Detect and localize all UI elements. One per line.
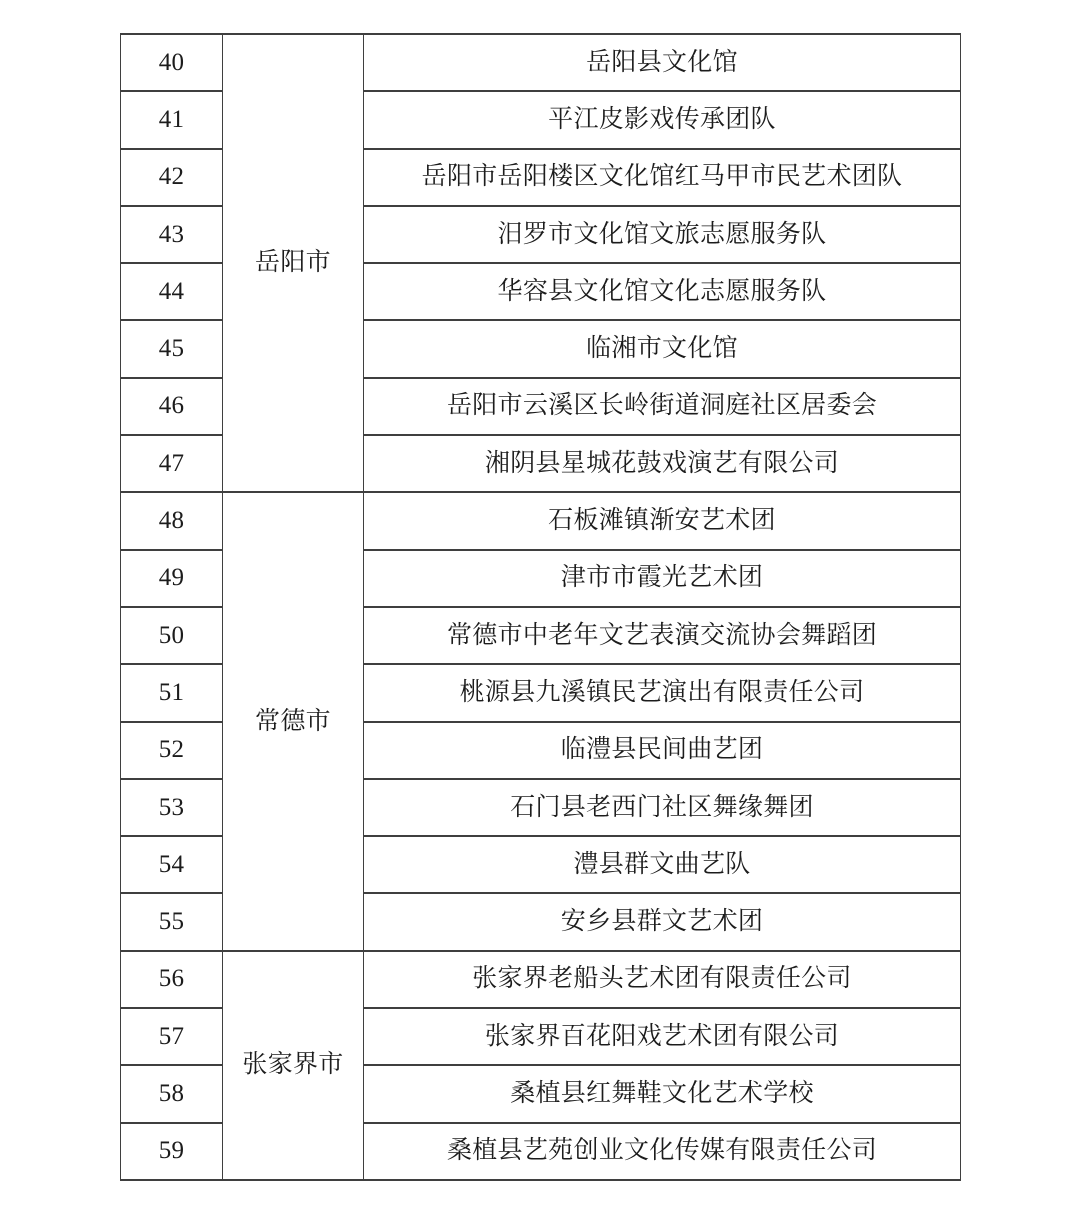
- row-number-cell: 53: [121, 779, 223, 836]
- row-number-cell: 44: [121, 263, 223, 320]
- row-number-cell: 59: [121, 1123, 223, 1180]
- row-number-cell: 51: [121, 664, 223, 721]
- row-number-cell: 48: [121, 492, 223, 549]
- organization-cell: 桃源县九溪镇民艺演出有限责任公司: [364, 664, 961, 721]
- organization-table: 40岳阳市岳阳县文化馆41平江皮影戏传承团队42岳阳市岳阳楼区文化馆红马甲市民艺…: [120, 33, 961, 1181]
- table-row: 40岳阳市岳阳县文化馆: [121, 34, 961, 91]
- row-number-cell: 46: [121, 378, 223, 435]
- organization-cell: 华容县文化馆文化志愿服务队: [364, 263, 961, 320]
- row-number-cell: 47: [121, 435, 223, 492]
- row-number-cell: 42: [121, 149, 223, 206]
- row-number-cell: 58: [121, 1065, 223, 1122]
- row-number-cell: 40: [121, 34, 223, 91]
- organization-cell: 津市市霞光艺术团: [364, 550, 961, 607]
- organization-cell: 澧县群文曲艺队: [364, 836, 961, 893]
- row-number-cell: 49: [121, 550, 223, 607]
- organization-cell: 汨罗市文化馆文旅志愿服务队: [364, 206, 961, 263]
- organization-cell: 安乡县群文艺术团: [364, 893, 961, 950]
- row-number-cell: 43: [121, 206, 223, 263]
- row-number-cell: 50: [121, 607, 223, 664]
- organization-cell: 桑植县艺苑创业文化传媒有限责任公司: [364, 1123, 961, 1180]
- row-number-cell: 54: [121, 836, 223, 893]
- row-number-cell: 52: [121, 722, 223, 779]
- table-body: 40岳阳市岳阳县文化馆41平江皮影戏传承团队42岳阳市岳阳楼区文化馆红马甲市民艺…: [121, 34, 961, 1180]
- organization-cell: 岳阳市云溪区长岭街道洞庭社区居委会: [364, 378, 961, 435]
- organization-cell: 岳阳县文化馆: [364, 34, 961, 91]
- row-number-cell: 56: [121, 951, 223, 1008]
- row-number-cell: 45: [121, 320, 223, 377]
- row-number-cell: 41: [121, 91, 223, 148]
- table-row: 56张家界市张家界老船头艺术团有限责任公司: [121, 951, 961, 1008]
- organization-cell: 张家界百花阳戏艺术团有限公司: [364, 1008, 961, 1065]
- organization-cell: 桑植县红舞鞋文化艺术学校: [364, 1065, 961, 1122]
- table-row: 48常德市石板滩镇渐安艺术团: [121, 492, 961, 549]
- city-cell: 常德市: [223, 492, 364, 950]
- organization-cell: 张家界老船头艺术团有限责任公司: [364, 951, 961, 1008]
- organization-cell: 石板滩镇渐安艺术团: [364, 492, 961, 549]
- organization-cell: 岳阳市岳阳楼区文化馆红马甲市民艺术团队: [364, 149, 961, 206]
- organization-cell: 临澧县民间曲艺团: [364, 722, 961, 779]
- organization-cell: 平江皮影戏传承团队: [364, 91, 961, 148]
- document-page: 40岳阳市岳阳县文化馆41平江皮影戏传承团队42岳阳市岳阳楼区文化馆红马甲市民艺…: [0, 0, 1080, 1214]
- organization-cell: 常德市中老年文艺表演交流协会舞蹈团: [364, 607, 961, 664]
- organization-cell: 临湘市文化馆: [364, 320, 961, 377]
- city-cell: 岳阳市: [223, 34, 364, 492]
- organization-cell: 湘阴县星城花鼓戏演艺有限公司: [364, 435, 961, 492]
- organization-cell: 石门县老西门社区舞缘舞团: [364, 779, 961, 836]
- city-cell: 张家界市: [223, 951, 364, 1180]
- row-number-cell: 57: [121, 1008, 223, 1065]
- row-number-cell: 55: [121, 893, 223, 950]
